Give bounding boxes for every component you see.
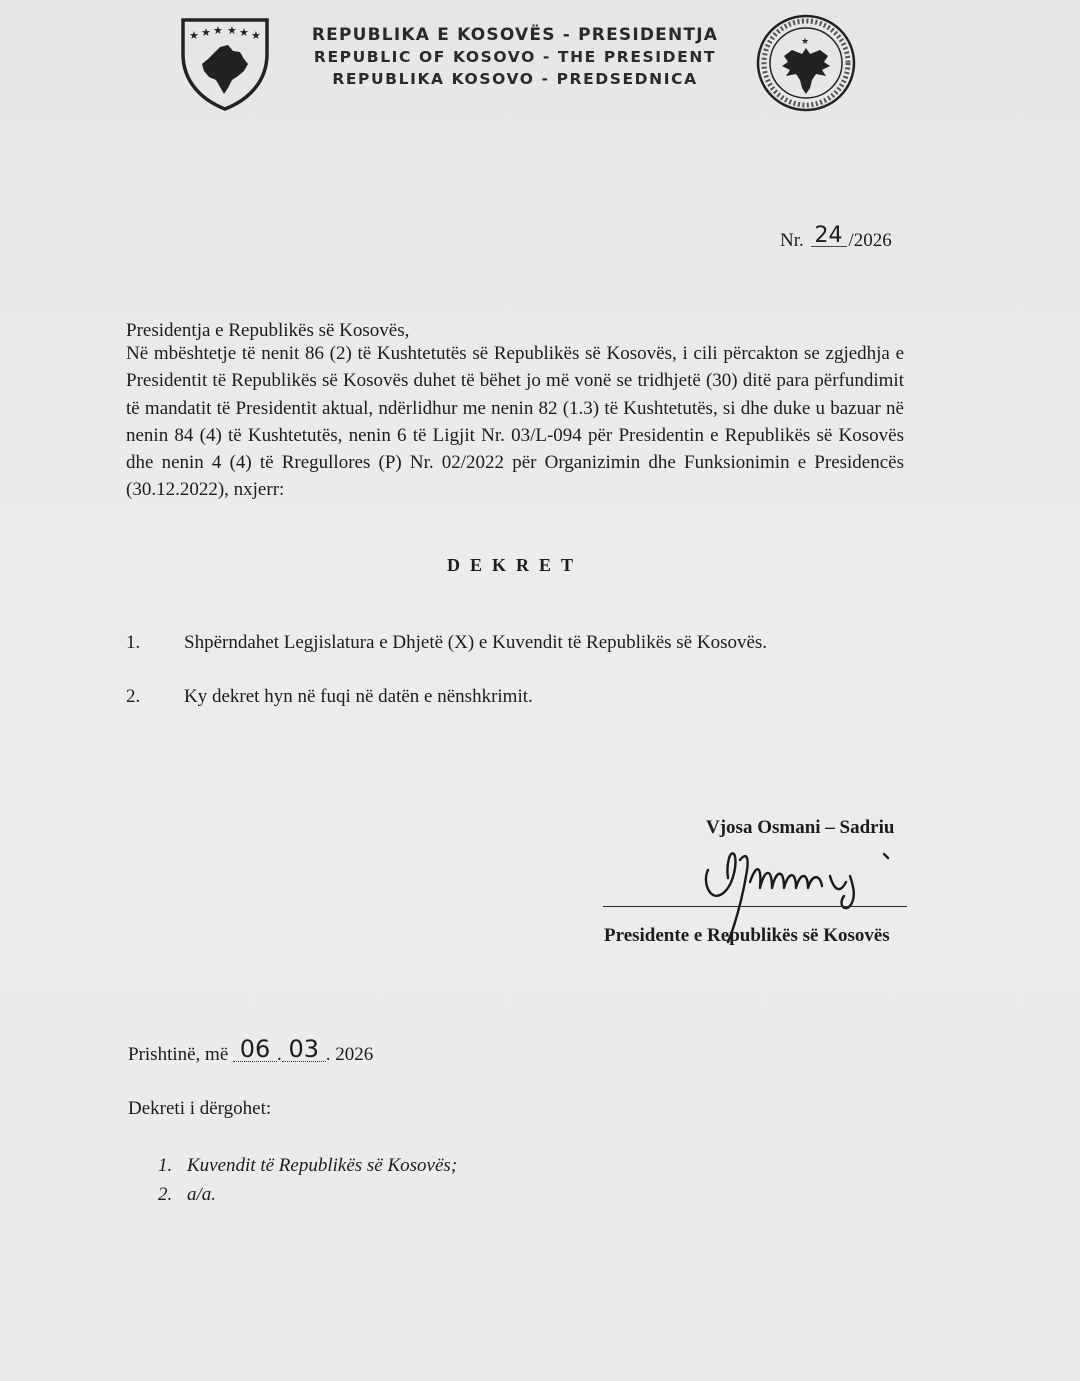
svg-text:★: ★ <box>201 26 211 39</box>
place-and-date: Prishtinë, më 06.03. 2026 <box>128 1040 373 1066</box>
decree-title: DEKRET <box>0 555 1030 576</box>
document-number-suffix: /2026 <box>849 230 892 251</box>
date-separator: . <box>326 1044 331 1065</box>
kosovo-coat-of-arms-icon: ★ ★ ★ ★ ★ ★ <box>178 14 272 112</box>
article-number: 1. <box>126 632 184 686</box>
decree-page: ★ ★ ★ ★ ★ ★ REPUBLIKA E KOSOVËS - PRESID… <box>0 0 1080 1381</box>
date-day: 06 <box>233 1037 277 1062</box>
svg-text:★: ★ <box>801 37 809 47</box>
decree-articles: 1. Shpërndahet Legjislatura e Dhjetë (X)… <box>126 632 886 740</box>
recipient-text: Kuvendit të Republikës së Kosovës; <box>187 1151 457 1180</box>
presidency-seal-icon: ★ <box>754 12 858 114</box>
svg-text:★: ★ <box>251 29 261 42</box>
svg-text:★: ★ <box>213 24 223 37</box>
article-number: 2. <box>126 686 184 740</box>
recipient-number: 1. <box>158 1151 187 1180</box>
article-text: Shpërndahet Legjislatura e Dhjetë (X) e … <box>184 632 767 686</box>
article-text: Ky dekret hyn në fuqi në datën e nënshkr… <box>184 686 533 740</box>
recipient-text: a/a. <box>187 1180 216 1209</box>
letterhead-serbian: REPUBLIKA KOSOVO - PREDSEDNICA <box>290 68 740 90</box>
recipient-number: 2. <box>158 1180 187 1209</box>
document-number-prefix: Nr. <box>780 230 804 251</box>
date-prefix: Prishtinë, më <box>128 1044 228 1065</box>
document-number: Nr. 24/2026 <box>780 230 892 252</box>
date-year: 2026 <box>335 1044 373 1065</box>
svg-text:★: ★ <box>239 26 249 39</box>
date-month: 03 <box>282 1037 326 1062</box>
document-number-value: 24 <box>811 226 847 247</box>
signature-line <box>603 906 907 907</box>
svg-text:★: ★ <box>227 24 237 37</box>
letterhead-albanian: REPUBLIKA E KOSOVËS - PRESIDENTJA <box>290 24 740 46</box>
article-item: 1. Shpërndahet Legjislatura e Dhjetë (X)… <box>126 632 886 686</box>
signer-title: Presidente e Republikës së Kosovës <box>604 925 890 947</box>
letterhead: REPUBLIKA E KOSOVËS - PRESIDENTJA REPUBL… <box>290 24 740 90</box>
recipients-list: 1. Kuvendit të Republikës së Kosovës; 2.… <box>158 1151 457 1209</box>
letterhead-english: REPUBLIC OF KOSOVO - THE PRESIDENT <box>290 46 740 68</box>
recipient-item: 1. Kuvendit të Republikës së Kosovës; <box>158 1151 457 1180</box>
signer-name: Vjosa Osmani – Sadriu <box>706 817 894 839</box>
recipient-item: 2. a/a. <box>158 1180 457 1209</box>
preamble-paragraph: Në mbështetje të nenit 86 (2) të Kushtet… <box>126 340 904 504</box>
recipients-label: Dekreti i dërgohet: <box>128 1098 271 1120</box>
svg-text:★: ★ <box>189 29 199 42</box>
article-item: 2. Ky dekret hyn në fuqi në datën e nëns… <box>126 686 886 740</box>
